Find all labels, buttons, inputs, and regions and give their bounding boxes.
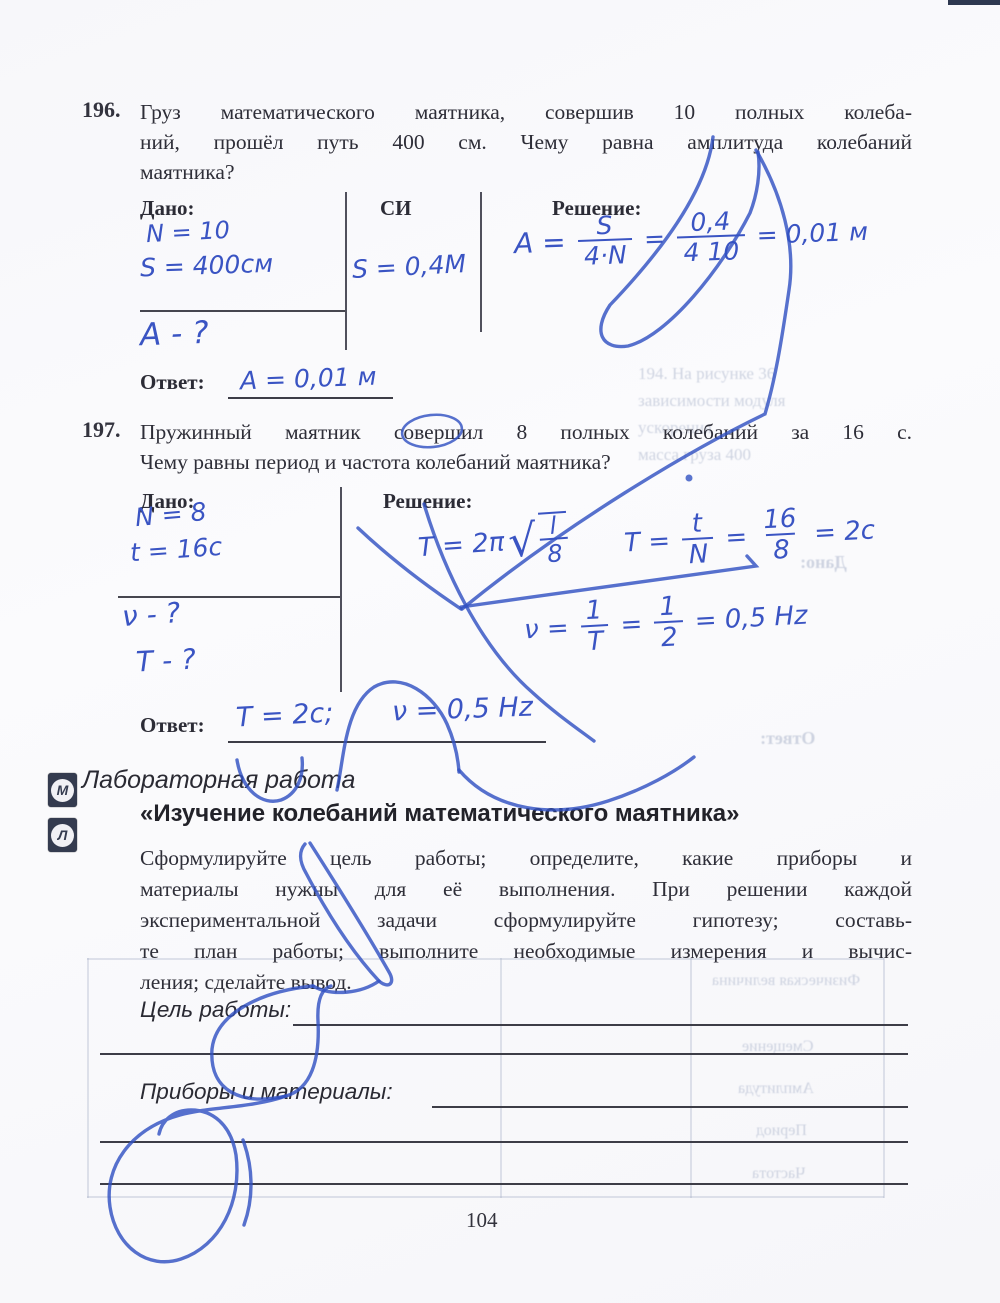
numerator: t [686,510,708,538]
problem-line: маятника? [140,157,912,187]
bleed-table-cell: Период [756,1122,807,1140]
problem-line: ний, прошёл путь 400 см. Чему равна ампл… [140,127,912,157]
instruction-line: экспериментальной задачи сформулируйте г… [140,905,912,936]
handwritten-find: T - ? [135,642,197,678]
otvet-label-197: Ответ: [140,713,205,738]
bleed-table-line [87,958,89,1198]
handwritten-given: t = 16c [129,532,223,567]
workbook-page: 194. На рисунке 36 зависимости модуля ус… [0,0,1000,1303]
sol-lhs: ν = [523,613,569,645]
handwritten-answer-197: ν = 0,5 Hz [392,692,534,728]
problem-197-number: 197. [82,417,121,443]
denominator: 8 [540,537,569,567]
bleed-table-cell: Частота [752,1165,805,1183]
handwritten-given: S = 400см [140,249,274,283]
write-in-line [293,1024,908,1026]
denominator: T [581,624,610,656]
numerator: 1 [654,593,682,621]
handwritten-answer-196: A = 0,01 м [240,362,377,396]
write-in-line [100,1183,908,1185]
table-divider [140,310,345,312]
margin-icon-l: Л [48,818,77,852]
sol-fraction: l 8 [538,511,569,568]
lab-subtitle: «Изучение колебаний математического маят… [140,800,739,828]
handwritten-solution-196: A = S 4·N = 0,4 4 10 = 0,01 м [513,204,869,271]
bleed-table-cell: Амплитуда [738,1080,814,1098]
sol-result: = 0,5 Hz [694,600,808,636]
handwritten-si-value: S = 0,4М [351,249,466,284]
problem-197-text: Пружинный маятник совершил 8 полных коле… [140,417,912,477]
denominator: 8 [766,532,796,564]
problem-line: Пружинный маятник совершил 8 полных коле… [140,417,912,447]
table-divider [345,192,347,350]
answer-underline [228,397,393,399]
handwritten-find: ν - ? [121,596,182,633]
instruction-line: материалы нужны для её выполнения. При р… [140,874,912,905]
handwritten-answer-197: T = 2c; [235,697,334,733]
write-in-line [100,1141,908,1143]
write-in-line [100,1053,908,1055]
bleedthrough-text: Ответ: [760,728,815,749]
sol-lhs: A = [514,225,567,260]
handwritten-solution-197-frequency: ν = 1 T = 1 2 = 0,5 Hz [523,587,809,659]
sol-result: = 0,01 м [756,217,868,250]
l-badge-icon: Л [51,824,74,847]
numerator: l [544,513,562,539]
instruction-line: Сформулируйте цель работы; определите, к… [140,843,912,874]
handwritten-formula-crossed: T = 2π √ l 8 [416,511,569,576]
denominator: 4·N [578,238,634,269]
radical-sign: √ [507,523,537,560]
goal-label: Цель работы: [140,997,291,1023]
bleed-line: 194. На рисунке 36 [638,360,786,387]
m-badge-icon: М [51,779,74,802]
instruction-line: те план работы; выполните необходимые из… [140,936,912,967]
numerator: 0,4 [685,208,736,235]
sol-fraction: 16 8 [758,505,804,564]
problem-196-text: Груз математического маятника, совершив … [140,97,912,187]
margin-icon-m: М [48,773,77,807]
denominator: 4 10 [677,234,746,266]
sol-fraction: 1 T [579,597,610,655]
si-label-196: СИ [380,196,412,221]
handwritten-given: N = 10 [145,216,230,248]
handwritten-find: A - ? [139,315,209,353]
sol-equals: = [725,522,748,553]
formula-lhs: T = 2π [417,528,505,564]
lab-instructions: Сформулируйте цель работы; определите, к… [140,843,912,998]
problem-196-number: 196. [82,97,121,123]
pen-stroke [109,1096,286,1262]
sol-fraction: S 4·N [577,212,633,269]
instruction-line: ления; сделайте вывод. [140,967,912,998]
bleed-line: зависимости модуля [638,387,786,414]
denominator: N [682,536,715,568]
equipment-label: Приборы и материалы: [140,1079,393,1105]
lab-title: Лабораторная работа [82,766,355,795]
sol-equals: = [620,609,643,640]
scan-corner-artifact [948,0,1000,5]
answer-underline [228,741,546,743]
numerator: S [591,213,618,239]
page-number: 104 [466,1208,498,1233]
handwritten-given: N = 8 [134,497,208,532]
sol-fraction: t N [681,510,715,569]
denominator: 2 [654,620,684,652]
table-divider [340,487,342,692]
numerator: 16 [758,505,802,534]
sol-equals: = [644,224,666,254]
write-in-line [432,1106,908,1108]
sol-lhs: T = [623,526,670,558]
problem-line: Чему равны период и частота колебаний ма… [140,447,912,477]
reshenie-label-197: Решение: [383,489,472,514]
sol-fraction: 0,4 4 10 [676,208,746,265]
sol-fraction: 1 2 [653,593,684,651]
otvet-label-196: Ответ: [140,370,205,395]
sol-result: = 2c [813,515,875,548]
numerator: 1 [580,597,608,625]
table-divider [480,192,482,332]
bleed-table-line [87,1196,884,1198]
problem-line: Груз математического маятника, совершив … [140,97,912,127]
